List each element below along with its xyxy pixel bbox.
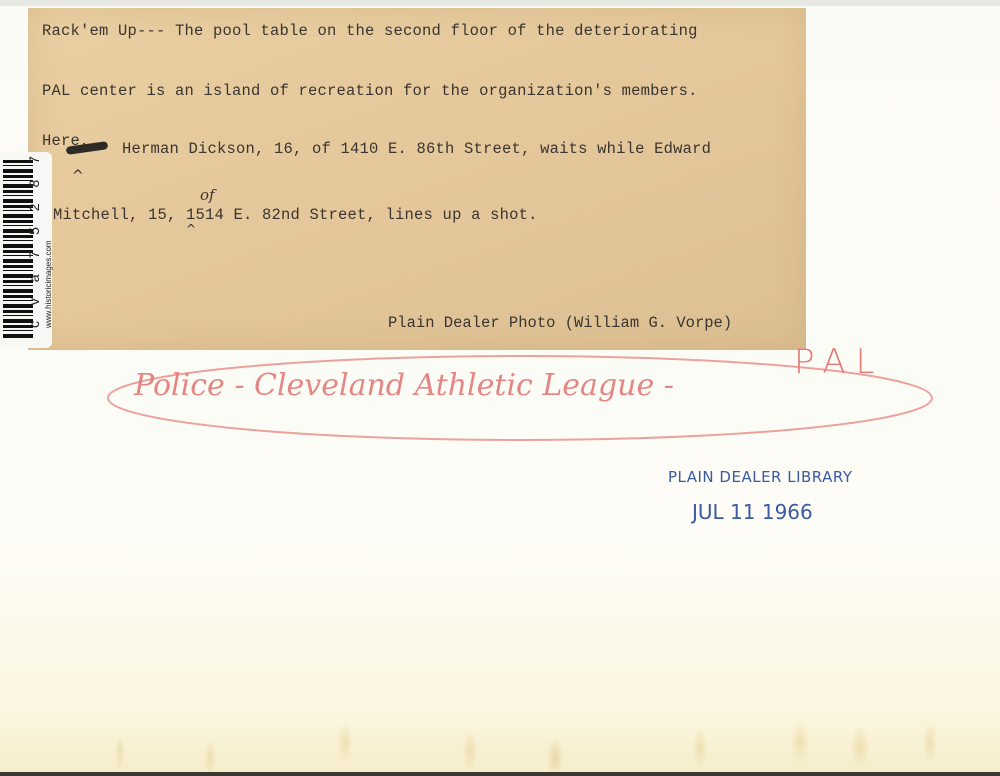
handwritten-note-text: Police - Cleveland Athletic League - bbox=[134, 368, 674, 403]
library-stamp-date: JUL 11 1966 bbox=[692, 500, 813, 524]
insertion-caret-icon: ^ bbox=[186, 222, 196, 236]
caption-line-1: Rack'em Up--- The pool table on the seco… bbox=[42, 22, 698, 40]
caption-slip: Rack'em Up--- The pool table on the seco… bbox=[28, 8, 806, 350]
insertion-caret-icon: ^ bbox=[72, 168, 84, 184]
caption-line-5: Mitchell, 15, 1514 E. 82nd Street, lines… bbox=[53, 206, 538, 224]
handwritten-note-abbr: PAL bbox=[794, 342, 885, 382]
photo-bottom-edge bbox=[0, 772, 1000, 776]
library-stamp-label: PLAIN DEALER LIBRARY bbox=[668, 468, 853, 486]
barcode-code: c v a 7 5 2 8 7 bbox=[26, 150, 42, 328]
barcode-sticker: c v a 7 5 2 8 7 www.historicimages.com bbox=[0, 152, 52, 348]
photo-credit: Plain Dealer Photo (William G. Vorpe) bbox=[388, 314, 732, 332]
caption-line-4: Herman Dickson, 16, of 1410 E. 86th Stre… bbox=[122, 140, 711, 158]
caption-line-2: PAL center is an island of recreation fo… bbox=[42, 82, 698, 100]
library-stamp: PLAIN DEALER LIBRARY JUL 11 1966 bbox=[668, 468, 853, 486]
handwritten-insert: of bbox=[200, 186, 215, 204]
age-stains bbox=[0, 712, 1000, 772]
handwritten-note: Police - Cleveland Athletic League - PAL bbox=[104, 348, 936, 444]
photo-top-edge bbox=[0, 0, 1000, 6]
barcode-url: www.historicimages.com bbox=[44, 240, 53, 328]
